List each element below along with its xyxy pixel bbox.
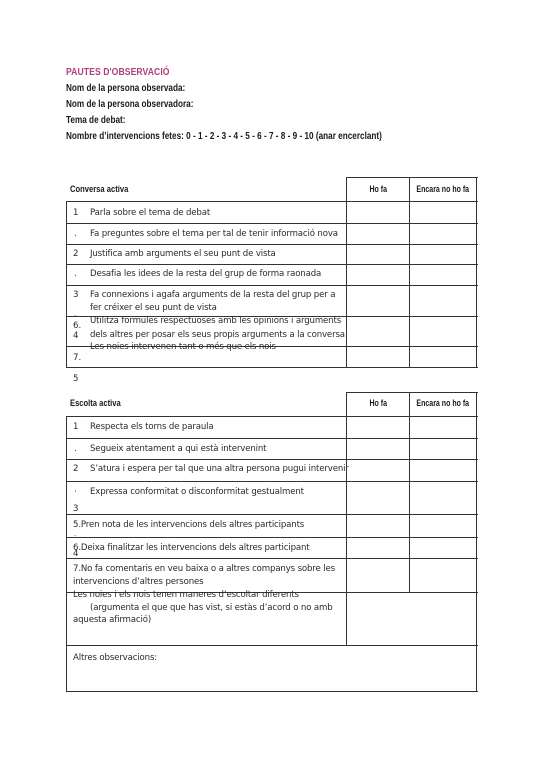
table2-heading: Escolta activa xyxy=(70,398,121,409)
interventions-count-field: Nombre d’intervencions fetes: 0 - 1 - 2 … xyxy=(66,130,382,142)
table1-row-5: Fa connexions i agafa arguments de la re… xyxy=(90,289,335,301)
other-observations-label: Altres observacions: xyxy=(73,652,157,664)
observer-person-field: Nom de la persona observadora: xyxy=(66,98,193,110)
table1-heading: Conversa activa xyxy=(70,184,128,195)
observed-person-field: Nom de la persona observada: xyxy=(66,82,185,94)
table2-row-4: Expressa conformitat o disconformitat ge… xyxy=(90,486,304,498)
table1-row-1: Parla sobre el tema de debat xyxy=(90,207,210,219)
debate-topic-field: Tema de debat: xyxy=(66,114,125,126)
table1-row-7: Les noies intervenen tant o més que els … xyxy=(90,341,276,353)
page-title: PAUTES D'OBSERVACIÓ xyxy=(66,66,170,78)
table2-row-6: 6.Deixa finalitzar les intervencions del… xyxy=(73,542,310,554)
table1-row-4: Desafia les idees de la resta del grup d… xyxy=(90,268,321,280)
table2-row-1: Respecta els torns de paraula xyxy=(90,421,213,433)
table2-col-ho-fa: Ho fa xyxy=(347,398,409,408)
reflection-prompt: Les noies i els nois tenen maneres d’esc… xyxy=(73,589,299,601)
table1-row-3: Justifica amb arguments el seu punt de v… xyxy=(90,248,276,260)
table1-col-ho-fa: Ho fa xyxy=(347,184,409,194)
table2-col-encara: Encara no ho fa xyxy=(409,398,477,408)
table1-row-2: Fa preguntes sobre el tema per tal de te… xyxy=(90,228,338,240)
table1-row-6: Utilitza formules respectuoses amb les o… xyxy=(90,315,341,327)
table2-row-3: S’atura i espera per tal que una altra p… xyxy=(90,463,349,475)
table2-row-7: 7.No fa comentaris en veu baixa o a altr… xyxy=(73,563,335,575)
table1-col-encara: Encara no ho fa xyxy=(409,184,477,194)
table2-row-2: Segueix atentament a qui està intervenin… xyxy=(90,443,266,455)
table2-row-5: 5.Pren nota de les intervencions dels al… xyxy=(73,519,304,531)
